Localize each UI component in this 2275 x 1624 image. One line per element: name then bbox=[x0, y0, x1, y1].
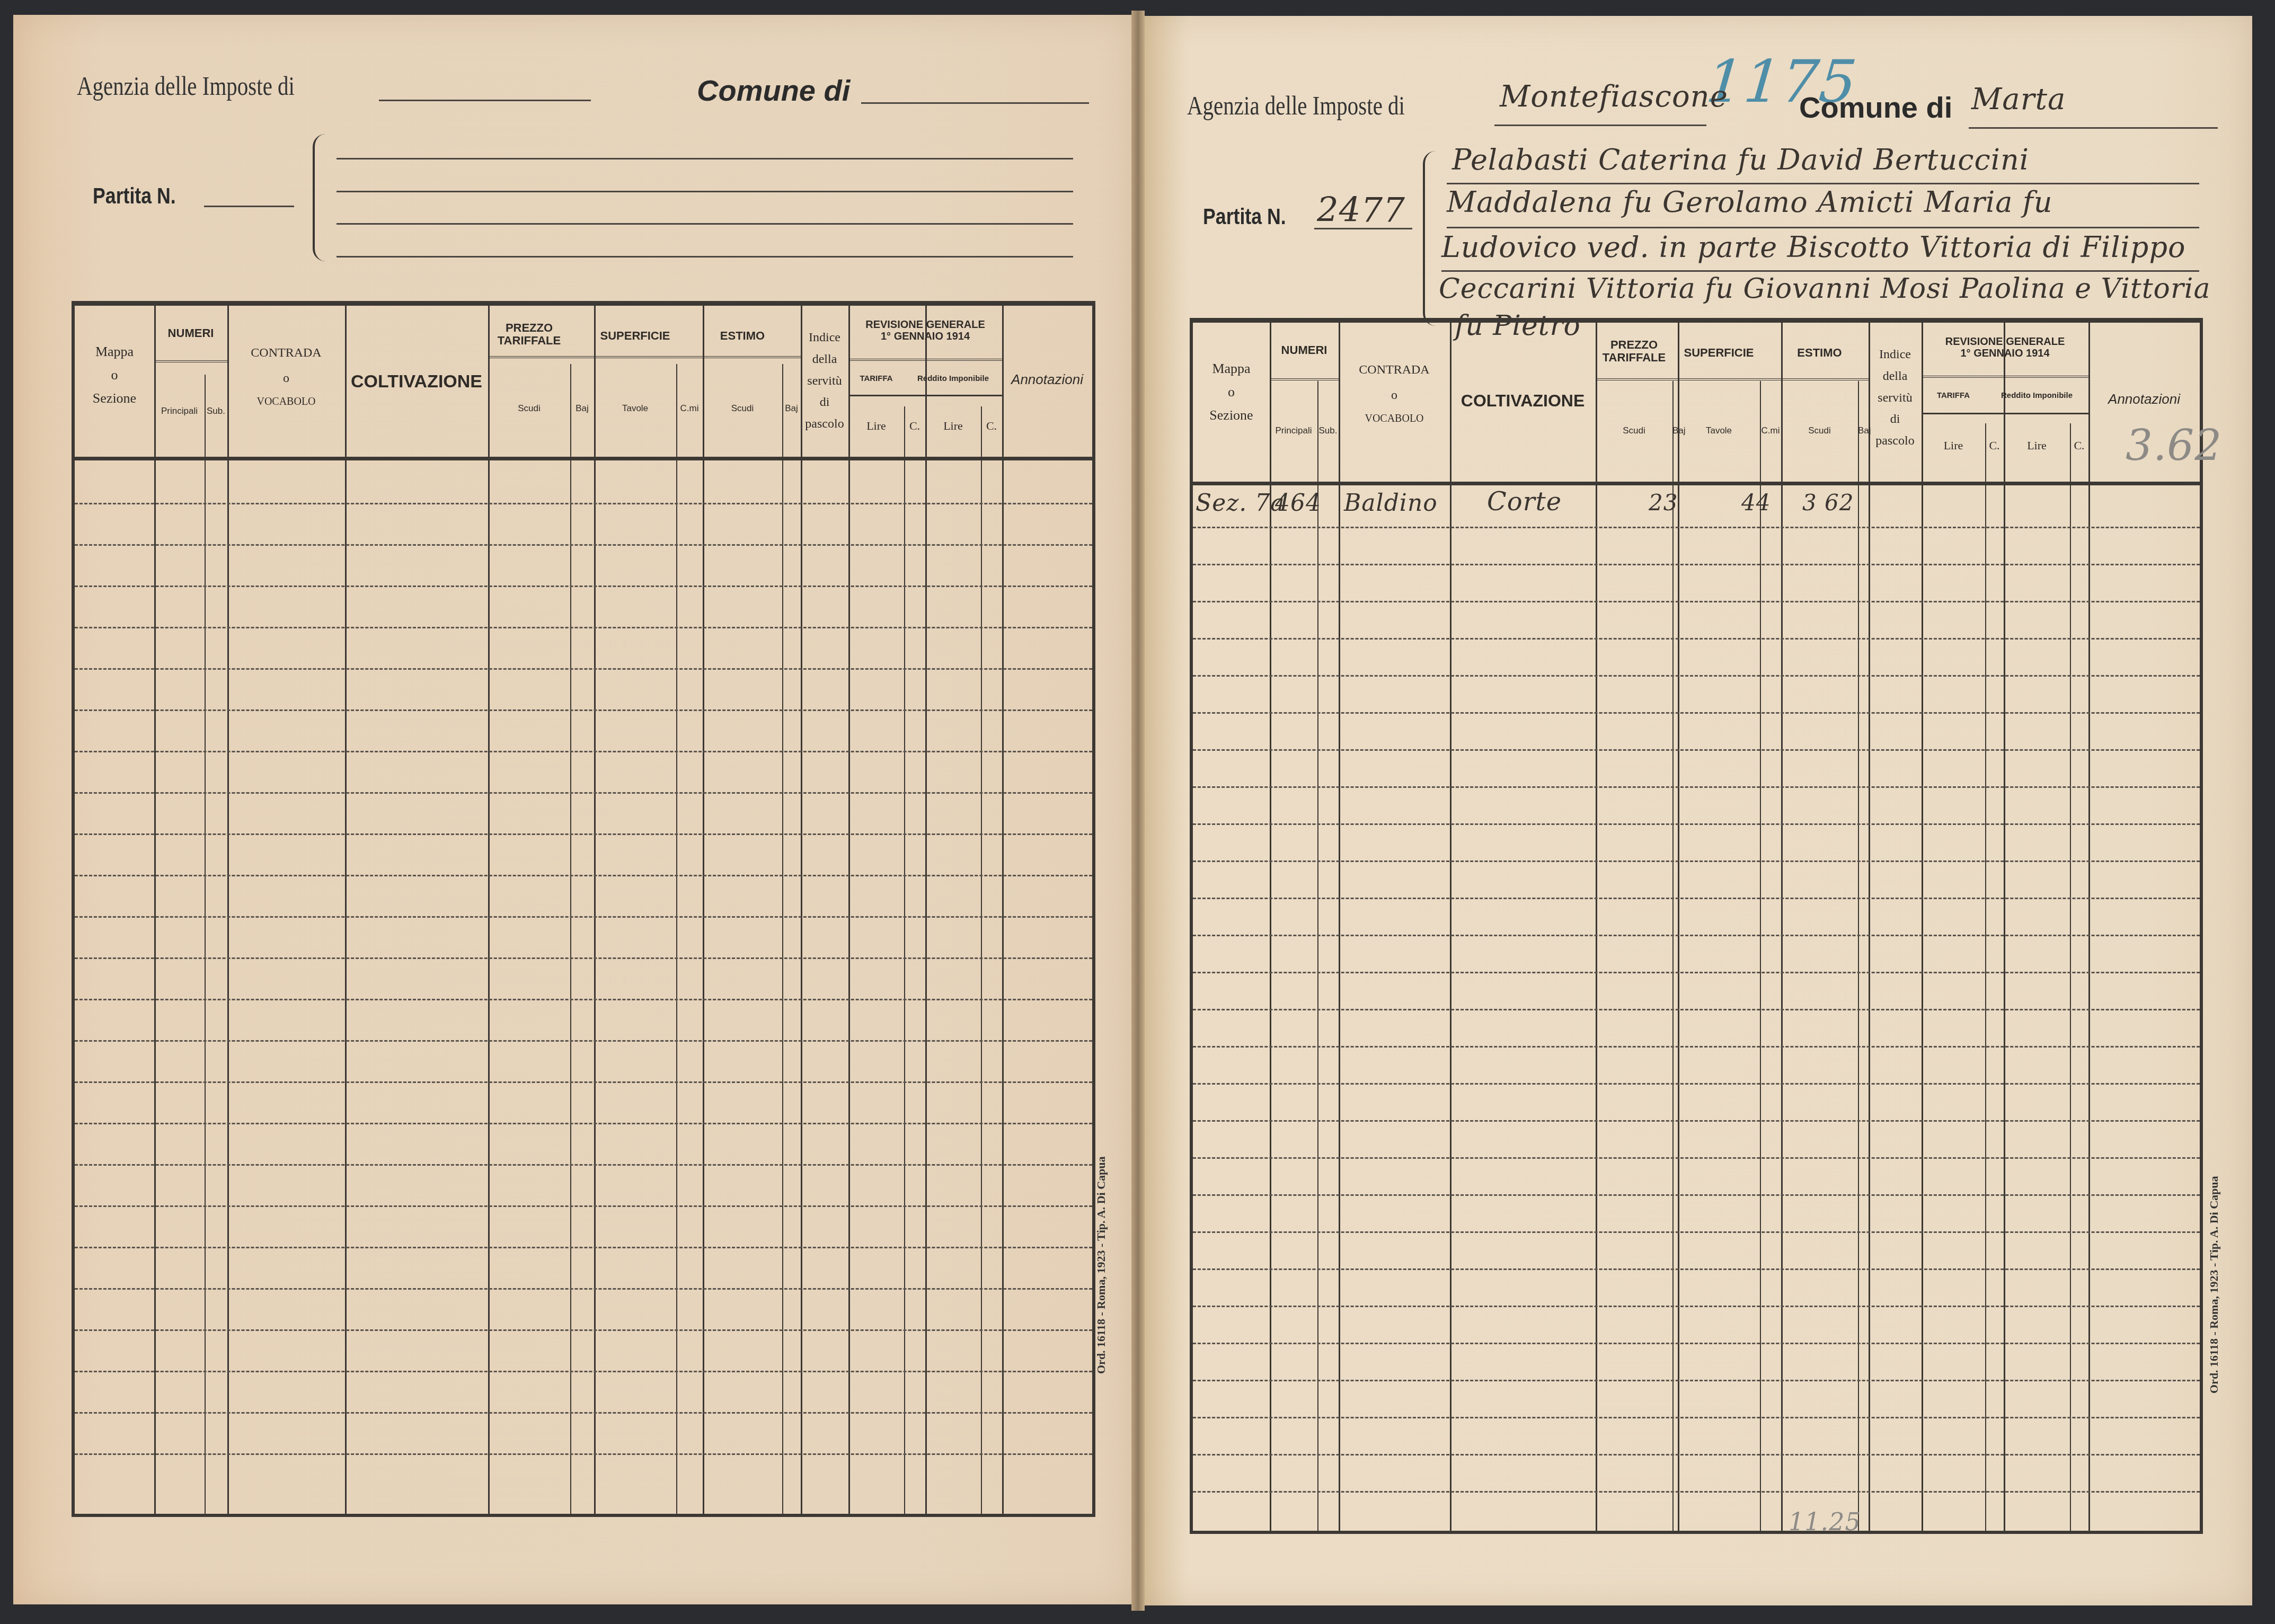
col-indice: Indicedellaservitùdipascolo bbox=[801, 327, 848, 435]
right-page: 1175 Agenzia delle Imposte di Montefiasc… bbox=[1145, 16, 2252, 1605]
left-page: Agenzia delle Imposte di Comune di Parti… bbox=[13, 15, 1131, 1604]
owner-brace bbox=[313, 134, 325, 261]
col-annotazioni: Annotazioni bbox=[1002, 372, 1092, 387]
partita-label: Partita N. bbox=[93, 183, 176, 209]
comune-label: Comune di bbox=[1799, 90, 1952, 125]
col-superficie: SUPERFICIE bbox=[594, 330, 676, 342]
comune-value: Marta bbox=[1971, 82, 2066, 117]
owner-line-2 bbox=[337, 191, 1073, 192]
owner-line-3 bbox=[337, 223, 1073, 225]
row1-mappa: Sez. 7a bbox=[1196, 490, 1285, 517]
partita-value: 2477 bbox=[1317, 191, 1405, 230]
col-revisione: REVISIONE GENERALE1° GENNAIO 1914 bbox=[848, 319, 1002, 342]
comune-label: Comune di bbox=[697, 73, 850, 108]
row1-contrada: Baldino bbox=[1344, 490, 1438, 517]
partita-label: Partita N. bbox=[1203, 204, 1286, 229]
annotation-pencil: 3.62 bbox=[2126, 421, 2222, 470]
agency-label: Agenzia delle Imposte di bbox=[1187, 90, 1405, 121]
footer-pencil-total: 11.25 bbox=[1789, 1507, 1861, 1536]
owner-line-4: Ceccarini Vittoria fu Giovanni Mosi Paol… bbox=[1439, 273, 2210, 305]
owner-brace bbox=[1423, 151, 1436, 326]
owner-line-2: Maddalena fu Gerolamo Amicti Maria fu bbox=[1447, 185, 2052, 219]
parcel-table-left: MappaoSezione NUMERI Principali Sub. CON… bbox=[72, 301, 1095, 1517]
comune-field-line bbox=[861, 102, 1089, 104]
row1-superficie-cmi: 23 bbox=[1649, 490, 1678, 516]
parcel-table-right: MappaoSezione NUMERI Principali Sub. CON… bbox=[1190, 318, 2203, 1534]
col-coltivazione: COLTIVAZIONE bbox=[345, 372, 488, 392]
book-gutter bbox=[1131, 11, 1145, 1611]
owner-line-4 bbox=[337, 256, 1073, 258]
agency-field-line bbox=[379, 100, 591, 101]
owner-line-1: Pelabasti Caterina fu David Bertuccini bbox=[1452, 143, 2029, 176]
agency-value: Montefiascone bbox=[1500, 79, 1728, 114]
col-estimo: ESTIMO bbox=[703, 330, 782, 342]
col-contrada: CONTRADAoVOCABOLO bbox=[227, 340, 345, 412]
col-contrada: CONTRADAoVOCABOLO bbox=[1339, 357, 1450, 429]
row1-principali: 464 bbox=[1275, 490, 1321, 517]
printer-note: Ord. 16118 - Roma, 1923 - Tip. A. Di Cap… bbox=[1094, 1156, 1108, 1374]
col-mappa: MappaoSezione bbox=[1193, 357, 1270, 428]
row1-coltivazione: Corte bbox=[1487, 487, 1562, 517]
col-numeri: NUMERI bbox=[154, 327, 227, 340]
row1-estimo-scudi: 44 bbox=[1741, 490, 1771, 516]
agency-label: Agenzia delle Imposte di bbox=[77, 70, 295, 101]
col-prezzo: PREZZO TARIFFALE bbox=[488, 322, 570, 347]
printer-note: Ord. 16118 - Roma, 1923 - Tip. A. Di Cap… bbox=[2207, 1176, 2221, 1394]
owner-line-3: Ludovico ved. in parte Biscotto Vittoria… bbox=[1441, 230, 2185, 264]
partita-field-line bbox=[204, 206, 294, 207]
row1-estimo-baj: 3 62 bbox=[1802, 490, 1854, 516]
owner-line-1 bbox=[337, 158, 1073, 159]
col-mappa: MappaoSezione bbox=[75, 340, 154, 411]
